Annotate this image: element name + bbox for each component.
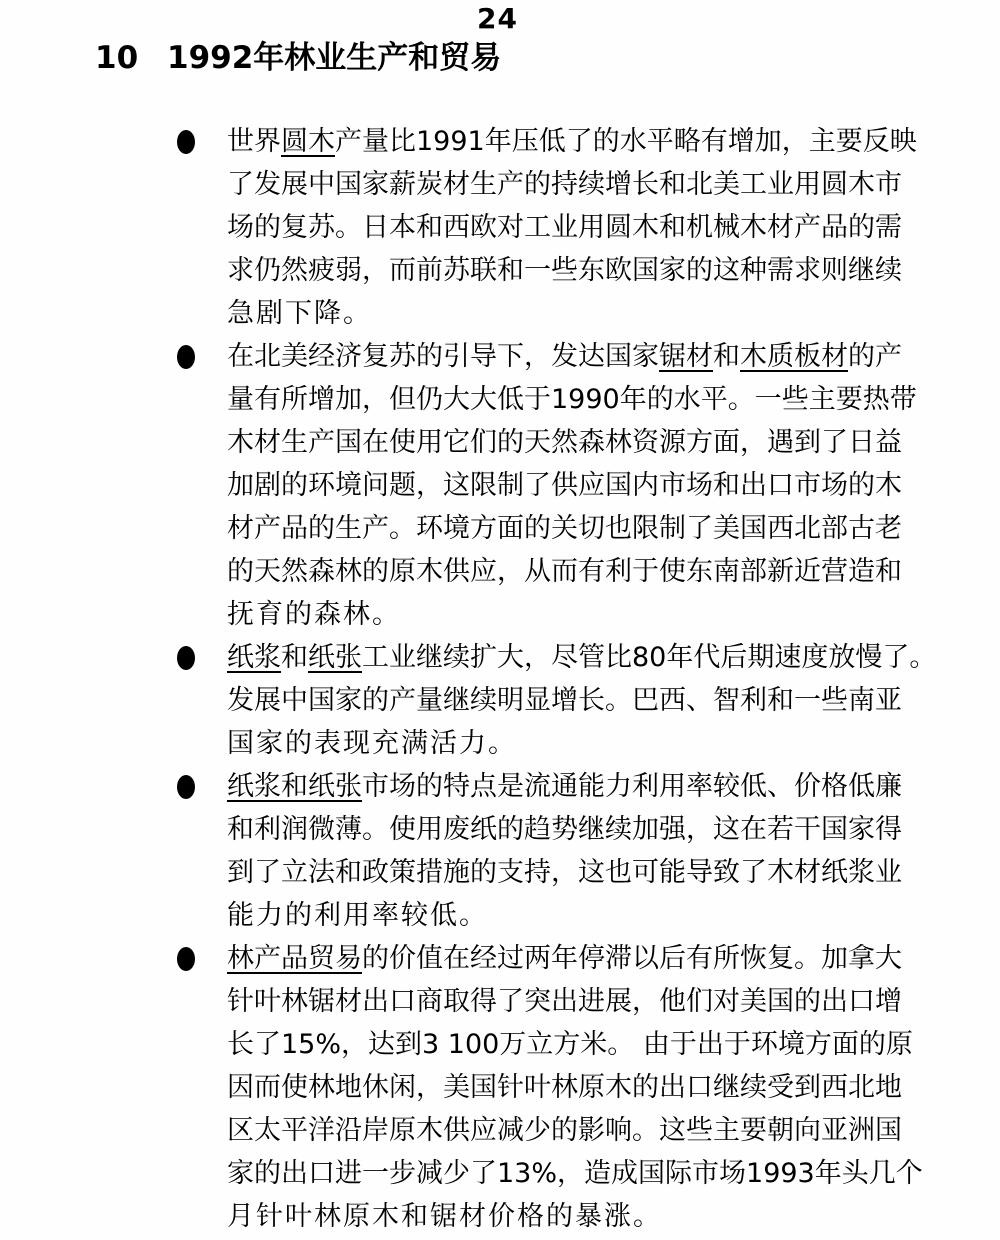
- underlined-term: 纸张: [308, 642, 362, 673]
- paragraph-line: 纸浆和纸张工业继续扩大，尽管比80年代后期速度放慢了。: [227, 636, 897, 679]
- bullet-item: 纸浆和纸张市场的特点是流通能力利用率较低、价格低廉 和利润微薄。使用废纸的趋势继…: [227, 765, 897, 937]
- paragraph-line: 和利润微薄。使用废纸的趋势继续加强，这在若干国家得: [227, 808, 897, 851]
- underlined-term: 纸浆和纸张: [227, 771, 362, 802]
- text-segment: 产量比1991年压低了的水平略有增加，主要反映: [335, 126, 917, 157]
- bullet-icon: [177, 130, 195, 154]
- bullet-list: 世界圆木产量比1991年压低了的水平略有增加，主要反映 了发展中国家薪炭材生产的…: [227, 120, 897, 1238]
- paragraph-line: 了发展中国家薪炭材生产的持续增长和北美工业用圆木市: [227, 163, 897, 206]
- bullet-item: 在北美经济复苏的引导下，发达国家锯材和木质板材的产 量有所增加，但仍大大低于19…: [227, 335, 897, 636]
- paragraph-line: 能力的利用率较低。: [227, 894, 897, 937]
- paragraph-line: 量有所增加，但仍大大低于1990年的水平。一些主要热带: [227, 378, 897, 421]
- underlined-term: 纸浆: [227, 642, 281, 673]
- paragraph-line: 林产品贸易的价值在经过两年停滞以后有所恢复。加拿大: [227, 937, 897, 980]
- bullet-icon: [177, 947, 195, 971]
- section-number: 10: [95, 40, 167, 76]
- paragraph-line: 月针叶林原木和锯材价格的暴涨。: [227, 1195, 897, 1238]
- bullet-item: 纸浆和纸张工业继续扩大，尽管比80年代后期速度放慢了。 发展中国家的产量继续明显…: [227, 636, 897, 765]
- paragraph-line: 场的复苏。日本和西欧对工业用圆木和机械木材产品的需: [227, 206, 897, 249]
- text-segment: 的产: [848, 341, 902, 372]
- bullet-icon: [177, 646, 195, 670]
- paragraph-line: 加剧的环境问题，这限制了供应国内市场和出口市场的木: [227, 464, 897, 507]
- paragraph-line: 材产品的生产。环境方面的关切也限制了美国西北部古老: [227, 507, 897, 550]
- paragraph-line: 长了15%，达到3 100万立方米。 由于出于环境方面的原: [227, 1023, 897, 1066]
- text-segment: 和: [281, 642, 308, 673]
- underlined-term: 锯材: [659, 341, 713, 372]
- underlined-term: 圆木: [281, 126, 335, 157]
- paragraph-line: 针叶林锯材出口商取得了突出进展，他们对美国的出口增: [227, 980, 897, 1023]
- paragraph-line: 到了立法和政策措施的支持，这也可能导致了木材纸浆业: [227, 851, 897, 894]
- paragraph-line: 求仍然疲弱，而前苏联和一些东欧国家的这种需求则继续: [227, 249, 897, 292]
- section-heading: 101992年林业生产和贸易: [95, 32, 501, 77]
- paragraph-line: 木材生产国在使用它们的天然森林资源方面，遇到了日益: [227, 421, 897, 464]
- paragraph-line: 因而使林地休闲，美国针叶林原木的出口继续受到西北地: [227, 1066, 897, 1109]
- bullet-icon: [177, 345, 195, 369]
- text-segment: 市场的特点是流通能力利用率较低、价格低廉: [362, 771, 902, 802]
- bullet-item: 林产品贸易的价值在经过两年停滞以后有所恢复。加拿大 针叶林锯材出口商取得了突出进…: [227, 937, 897, 1238]
- bullet-item: 世界圆木产量比1991年压低了的水平略有增加，主要反映 了发展中国家薪炭材生产的…: [227, 120, 897, 335]
- text-segment: 的价值在经过两年停滞以后有所恢复。加拿大: [362, 943, 902, 974]
- paragraph-line: 发展中国家的产量继续明显增长。巴西、智利和一些南亚: [227, 679, 897, 722]
- section-title: 1992年林业生产和贸易: [167, 40, 501, 76]
- paragraph-line: 抚育的森林。: [227, 593, 897, 636]
- paragraph-line: 的天然森林的原木供应，从而有利于使东南部新近营造和: [227, 550, 897, 593]
- text-segment: 和: [713, 341, 740, 372]
- paragraph-line: 家的出口进一步减少了13%，造成国际市场1993年头几个: [227, 1152, 897, 1195]
- page-number: 24: [477, 2, 518, 35]
- text-segment: 世界: [227, 126, 281, 157]
- paragraph-line: 急剧下降。: [227, 292, 897, 335]
- text-segment: 在北美经济复苏的引导下，发达国家: [227, 341, 659, 372]
- underlined-term: 木质板材: [740, 341, 848, 372]
- paragraph-line: 纸浆和纸张市场的特点是流通能力利用率较低、价格低廉: [227, 765, 897, 808]
- bullet-icon: [177, 775, 195, 799]
- paragraph-line: 国家的表现充满活力。: [227, 722, 897, 765]
- paragraph-line: 在北美经济复苏的引导下，发达国家锯材和木质板材的产: [227, 335, 897, 378]
- text-segment: 工业继续扩大，尽管比80年代后期速度放慢了。: [362, 642, 936, 673]
- paragraph-line: 世界圆木产量比1991年压低了的水平略有增加，主要反映: [227, 120, 897, 163]
- document-page: 24 101992年林业生产和贸易 世界圆木产量比1991年压低了的水平略有增加…: [0, 0, 1000, 1240]
- paragraph-line: 区太平洋沿岸原木供应减少的影响。这些主要朝向亚洲国: [227, 1109, 897, 1152]
- underlined-term: 林产品贸易: [227, 943, 362, 974]
